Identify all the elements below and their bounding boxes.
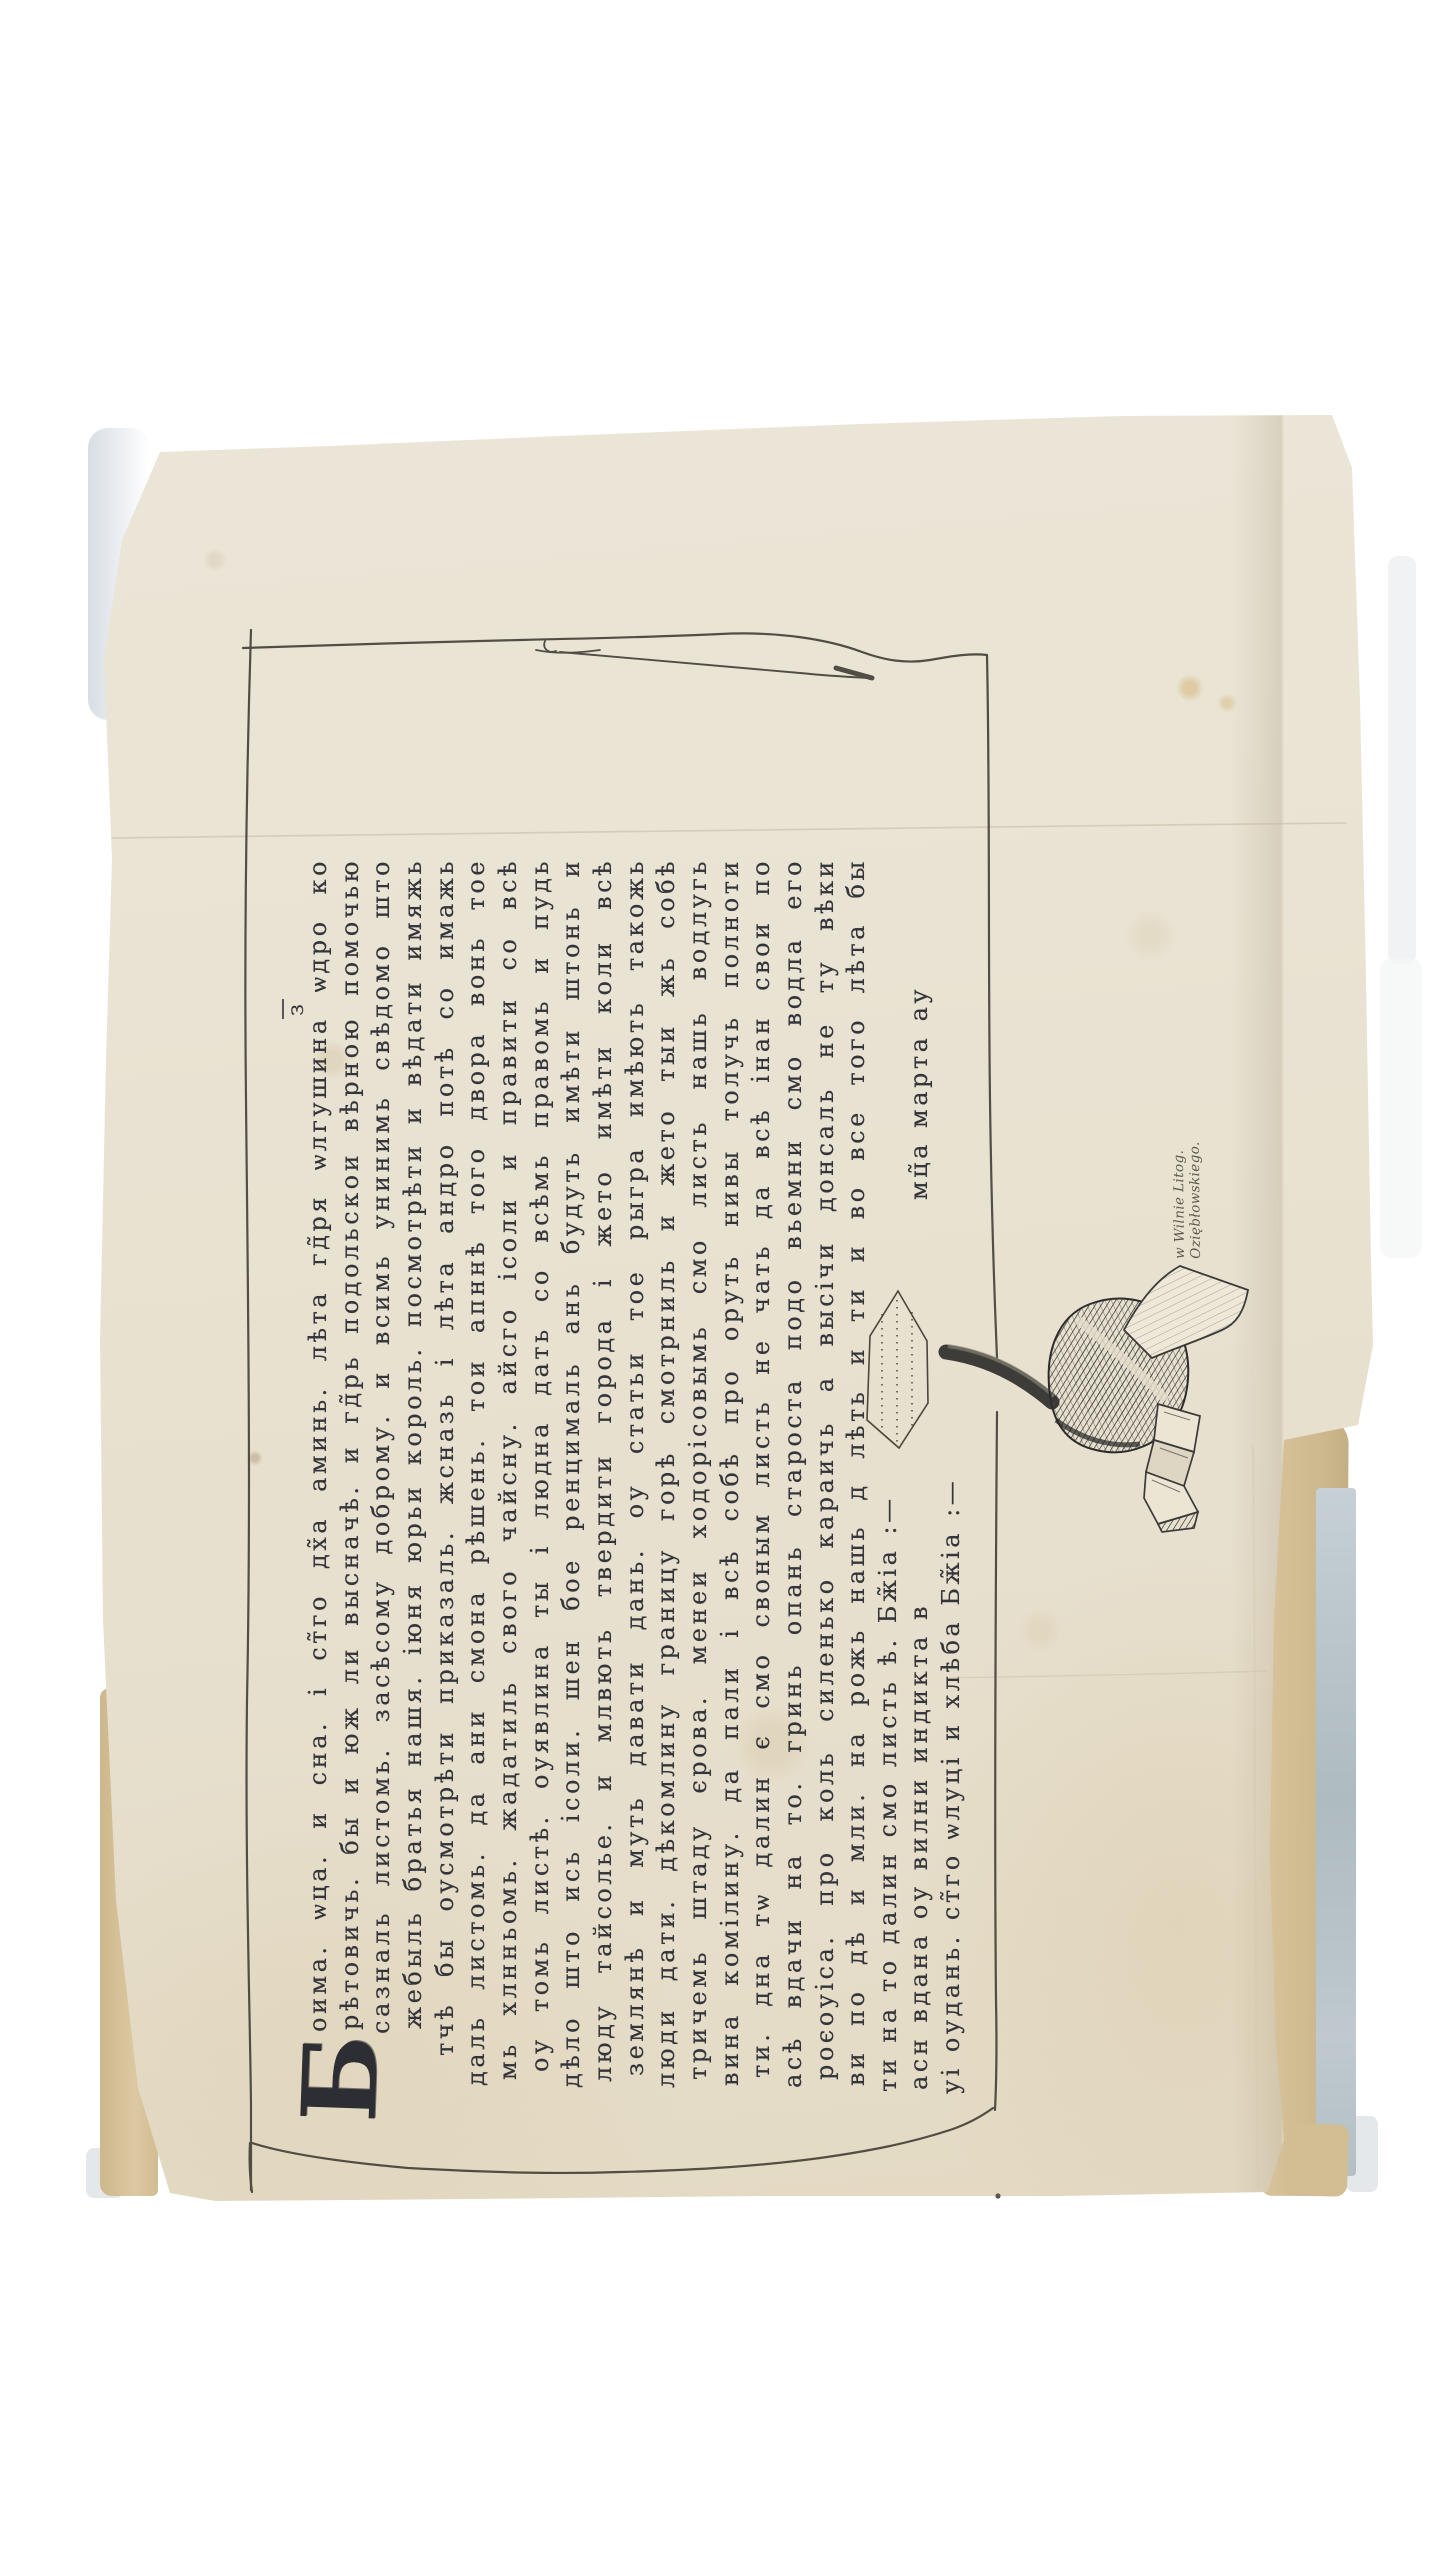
- ink-dot: [995, 2193, 1000, 2198]
- facsimile-line-art: з: [0, 0, 1440, 2560]
- frame-bottom: [252, 2108, 993, 2173]
- marginal-mark: з: [283, 999, 309, 1019]
- frame-top-double-line: [560, 652, 868, 678]
- frame-top-pen-rest: [536, 641, 600, 653]
- seal-drawing: [1049, 1266, 1248, 1532]
- seal-ribbon-band: [946, 1346, 1054, 1402]
- frame-left: [245, 630, 251, 2190]
- frame-right-lower: [995, 1412, 997, 2110]
- seal-placeholder-hexagon: [867, 1291, 928, 1448]
- svg-text:з: з: [284, 1004, 309, 1016]
- drawn-frame: [243, 630, 997, 2192]
- frame-right-upper: [987, 655, 997, 1358]
